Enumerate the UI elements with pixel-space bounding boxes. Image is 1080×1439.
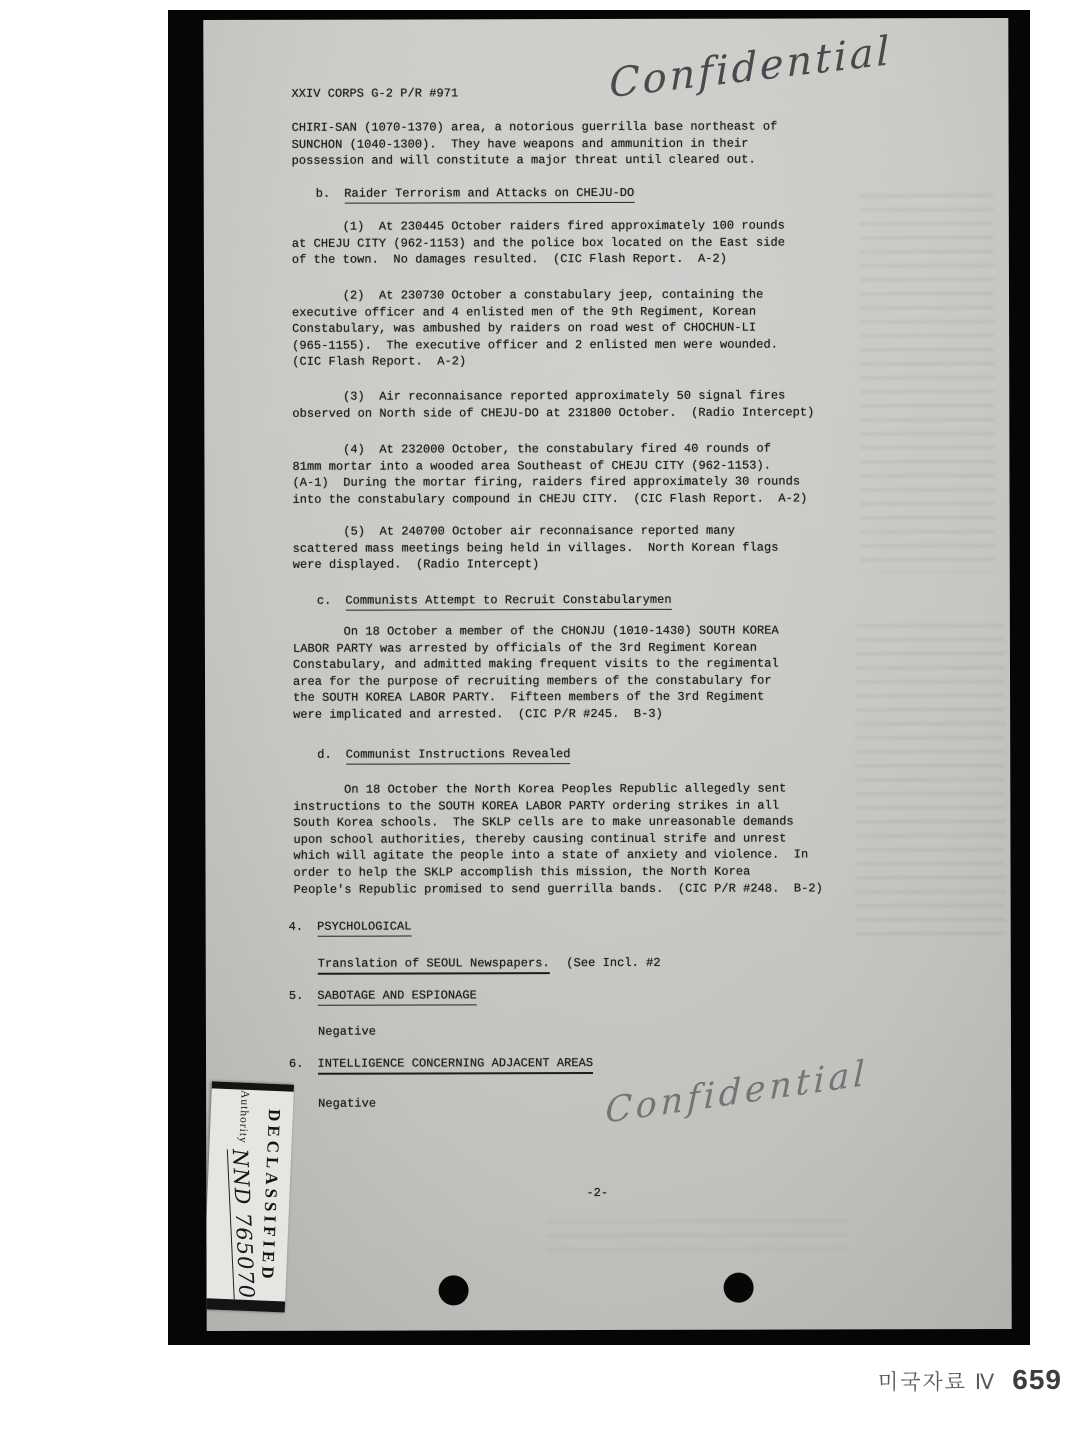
section-d-heading: d.Communist Instructions Revealed: [317, 746, 570, 763]
stamp-declassified-text: DECLASSIFIED: [256, 1091, 285, 1302]
section-6-heading: 6.INTELLIGENCE CONCERNING ADJACENT AREAS: [289, 1055, 593, 1072]
section-d-letter: d.: [317, 748, 332, 762]
paragraph-b2: (2) At 230730 October a constabulary jee…: [292, 287, 778, 371]
paragraph-b5: (5) At 240700 October air reconnaisance …: [293, 523, 779, 574]
section-b-title: Raider Terrorism and Attacks on CHEJU-DO: [344, 186, 634, 203]
intro-paragraph: CHIRI-SAN (1070-1370) area, a notorious …: [292, 119, 778, 170]
paragraph-b1: (1) At 230445 October raiders fired appr…: [292, 218, 785, 269]
bleedthrough-smudge: [546, 1208, 846, 1251]
stamp-authority-value: NND 765070: [227, 1148, 259, 1299]
handwritten-confidential-top: Confidential: [609, 28, 892, 107]
section-5-content: Negative: [318, 1024, 376, 1041]
translation-underlined: Translation of SEOUL Newspapers.: [318, 956, 550, 974]
paragraph-d: On 18 October the North Korea Peoples Re…: [293, 780, 823, 898]
hole-punch-left: [439, 1275, 469, 1305]
handwritten-confidential-bottom: Confidential: [605, 1054, 869, 1132]
section-c-title: Communists Attempt to Recruit Constabula…: [345, 593, 671, 610]
translation-rest: (See Incl. #2: [552, 956, 661, 970]
paragraph-b4: (4) At 232000 October, the constabulary …: [292, 440, 807, 508]
section-5-title: SABOTAGE AND ESPIONAGE: [317, 988, 477, 1005]
footer-page-number: 659: [1012, 1364, 1062, 1396]
section-5-number: 5.: [289, 989, 304, 1003]
section-4-heading: 4.PSYCHOLOGICAL: [289, 919, 412, 936]
section-4-title: PSYCHOLOGICAL: [317, 920, 411, 937]
section-6-content: Negative: [318, 1096, 376, 1113]
scan-background: XXIV CORPS G-2 P/R #971 Confidential CHI…: [168, 10, 1030, 1345]
section-b-letter: b.: [316, 187, 331, 201]
bleedthrough-smudge: [859, 183, 995, 573]
bleedthrough-smudge: [855, 613, 1006, 943]
footer-caption: 미국자료 Ⅳ 659: [878, 1364, 1062, 1396]
translation-line: Translation of SEOUL Newspapers. (See In…: [318, 955, 661, 972]
section-6-number: 6.: [289, 1057, 304, 1071]
section-b-heading: b.Raider Terrorism and Attacks on CHEJU-…: [316, 185, 635, 202]
section-5-heading: 5.SABOTAGE AND ESPIONAGE: [289, 987, 477, 1004]
section-6-title: INTELLIGENCE CONCERNING ADJACENT AREAS: [318, 1056, 594, 1074]
stamp-authority-label: Authority: [237, 1090, 251, 1144]
document-page: XXIV CORPS G-2 P/R #971 Confidential CHI…: [203, 18, 1011, 1331]
paragraph-c: On 18 October a member of the CHONJU (10…: [293, 623, 779, 724]
section-d-title: Communist Instructions Revealed: [346, 747, 571, 764]
section-c-letter: c.: [317, 594, 332, 608]
section-c-heading: c.Communists Attempt to Recruit Constabu…: [317, 592, 672, 610]
page-number: -2-: [586, 1185, 608, 1202]
stamp-authority-row: Authority NND 765070: [227, 1089, 261, 1300]
footer-series-label: 미국자료 Ⅳ: [878, 1366, 996, 1396]
document-header: XXIV CORPS G-2 P/R #971: [291, 85, 458, 102]
section-4-number: 4.: [289, 920, 304, 934]
paragraph-b3: (3) Air reconnaisance reported approxima…: [292, 387, 814, 422]
declassified-stamp: DECLASSIFIED Authority NND 765070: [203, 1081, 294, 1312]
hole-punch-right: [724, 1273, 754, 1303]
